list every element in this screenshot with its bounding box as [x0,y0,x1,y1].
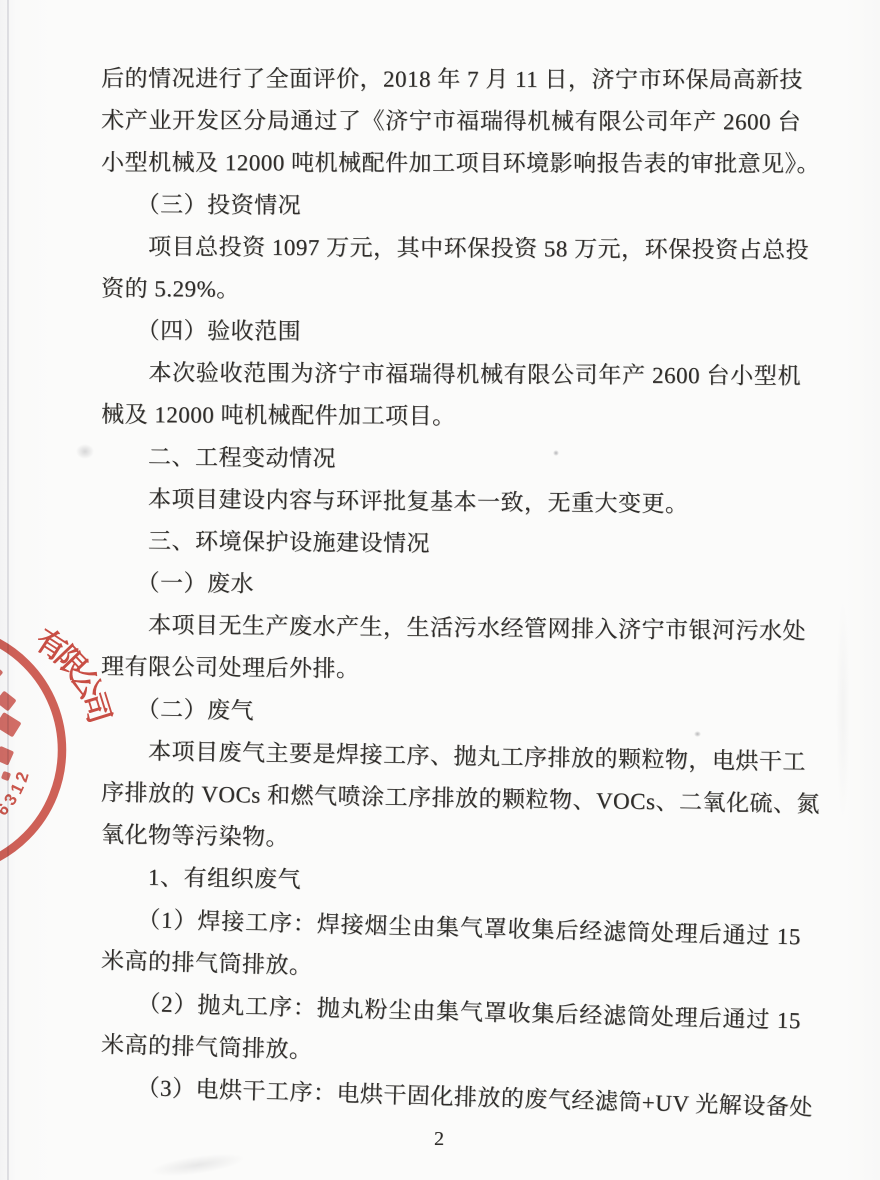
text-line: 小型机械及 12000 吨机械配件加工项目环境影响报告表的审批意见》。 [101,142,801,185]
text-line: 资的 5.29%。 [101,268,801,314]
text-line: （三）投资情况 [101,184,801,230]
scan-smudge [149,1149,246,1180]
text-line: （一）废水 [101,562,801,611]
document-body-text: 后的情况进行了全面评价，2018 年 7 月 11 日，济宁市环保局高新技术产业… [101,58,801,1108]
text-line: 械及 12000 吨机械配件加工项目。 [101,394,801,440]
seal-partial-glyphs [0,666,22,781]
text-line: 理有限公司处理后外排。 [101,646,801,695]
text-line: 术产业开发区分局通过了《济宁市福瑞得机械有限公司年产 2600 台 [101,100,801,143]
text-line: 本次验收范围为济宁市福瑞得机械有限公司年产 2600 台小型机 [101,352,801,398]
text-line: （四）验收范围 [101,310,801,356]
text-line: 项目总投资 1097 万元，其中环保投资 58 万元，环保投资占总投 [101,226,801,272]
text-line: 本项目无生产废水产生，生活污水经管网排入济宁市银河污水处 [101,604,801,653]
text-line: 三、环境保护设施建设情况 [101,520,801,569]
text-line: 本项目建设内容与环评批复基本一致，无重大变更。 [101,478,801,527]
scan-smudge [76,444,94,459]
text-line: 二、工程变动情况 [101,436,801,485]
scan-smudge [836,600,850,820]
text-line: 后的情况进行了全面评价，2018 年 7 月 11 日，济宁市环保局高新技 [101,58,801,101]
scanned-document-page: 有限公司 6312 后的情况进行了全面评价，2018 年 7 月 11 日，济宁… [0,0,880,1180]
page-number: 2 [89,1128,789,1151]
